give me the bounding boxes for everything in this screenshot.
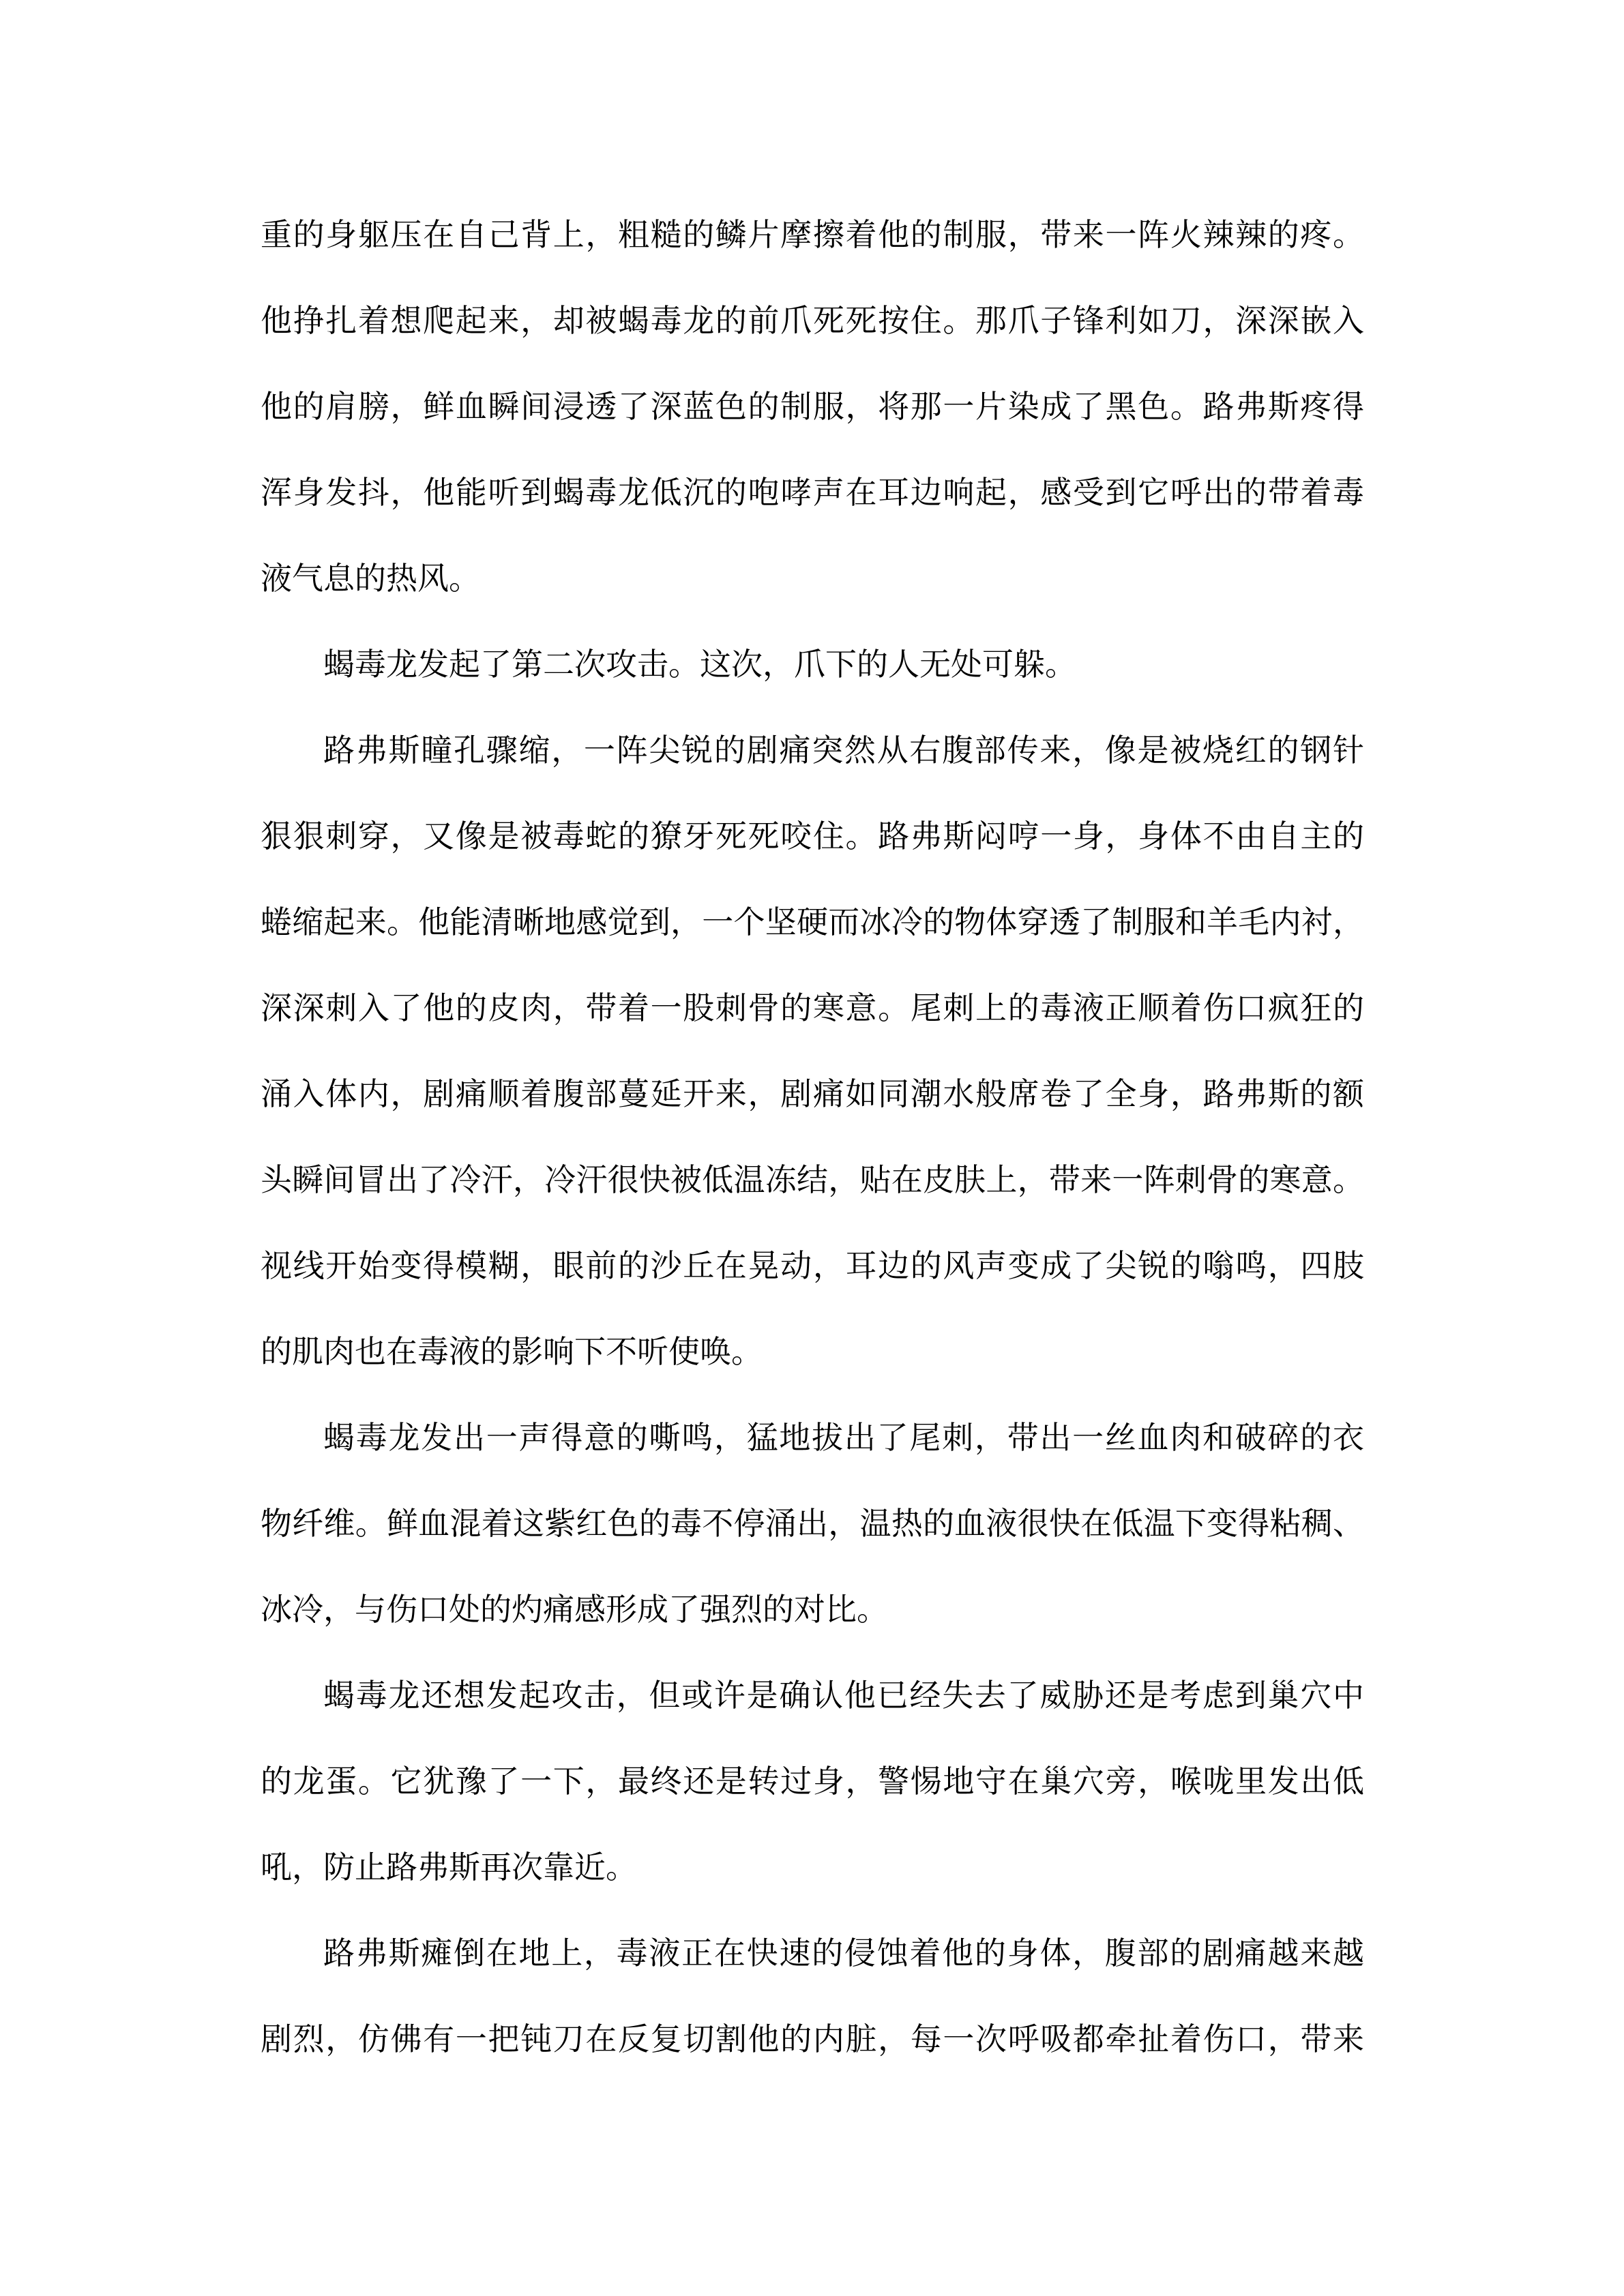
paragraph: 重的身躯压在自己背上，粗糙的鳞片摩擦着他的制服，带来一阵火辣辣的疼。他挣扎着想爬… (261, 192, 1364, 622)
paragraph: 蝎毒龙还想发起攻击，但或许是确认他已经失去了威胁还是考虑到巢穴中的龙蛋。它犹豫了… (261, 1653, 1364, 1911)
text-line: 冰冷，与伤口处的灼痛感形成了强烈的对比。 (261, 1567, 1364, 1653)
text-line: 他的肩膀，鲜血瞬间浸透了深蓝色的制服，将那一片染成了黑色。路弗斯疼得 (261, 364, 1364, 450)
text-line: 浑身发抖，他能听到蝎毒龙低沉的咆哮声在耳边响起，感受到它呼出的带着毒 (261, 450, 1364, 536)
text-line: 蝎毒龙发起了第二次攻击。这次，爪下的人无处可躲。 (261, 622, 1364, 708)
page-text: 重的身躯压在自己背上，粗糙的鳞片摩擦着他的制服，带来一阵火辣辣的疼。他挣扎着想爬… (261, 192, 1364, 2083)
text-line: 蜷缩起来。他能清晰地感觉到，一个坚硬而冰冷的物体穿透了制服和羊毛内衬， (261, 880, 1364, 966)
text-line: 蝎毒龙还想发起攻击，但或许是确认他已经失去了威胁还是考虑到巢穴中 (261, 1653, 1364, 1739)
text-line: 狠狠刺穿，又像是被毒蛇的獠牙死死咬住。路弗斯闷哼一身，身体不由自主的 (261, 794, 1364, 880)
text-line: 的龙蛋。它犹豫了一下，最终还是转过身，警惕地守在巢穴旁，喉咙里发出低 (261, 1739, 1364, 1825)
text-line: 剧烈，仿佛有一把钝刀在反复切割他的内脏，每一次呼吸都牵扯着伤口，带来 (261, 1997, 1364, 2083)
paragraph: 路弗斯瞳孔骤缩，一阵尖锐的剧痛突然从右腹部传来，像是被烧红的钢针狠狠刺穿，又像是… (261, 708, 1364, 1395)
paragraph: 蝎毒龙发出一声得意的嘶鸣，猛地拔出了尾刺，带出一丝血肉和破碎的衣物纤维。鲜血混着… (261, 1395, 1364, 1653)
text-line: 的肌肉也在毒液的影响下不听使唤。 (261, 1309, 1364, 1395)
text-line: 蝎毒龙发出一声得意的嘶鸣，猛地拔出了尾刺，带出一丝血肉和破碎的衣 (261, 1395, 1364, 1481)
paragraph: 路弗斯瘫倒在地上，毒液正在快速的侵蚀着他的身体，腹部的剧痛越来越剧烈，仿佛有一把… (261, 1911, 1364, 2083)
text-line: 深深刺入了他的皮肉，带着一股刺骨的寒意。尾刺上的毒液正顺着伤口疯狂的 (261, 966, 1364, 1052)
text-line: 物纤维。鲜血混着这紫红色的毒不停涌出，温热的血液很快在低温下变得粘稠、 (261, 1481, 1364, 1567)
text-line: 重的身躯压在自己背上，粗糙的鳞片摩擦着他的制服，带来一阵火辣辣的疼。 (261, 192, 1364, 278)
text-line: 涌入体内，剧痛顺着腹部蔓延开来，剧痛如同潮水般席卷了全身，路弗斯的额 (261, 1052, 1364, 1137)
document-page: 重的身躯压在自己背上，粗糙的鳞片摩擦着他的制服，带来一阵火辣辣的疼。他挣扎着想爬… (0, 0, 1624, 2296)
text-line: 吼，防止路弗斯再次靠近。 (261, 1825, 1364, 1911)
text-line: 路弗斯瞳孔骤缩，一阵尖锐的剧痛突然从右腹部传来，像是被烧红的钢针 (261, 708, 1364, 794)
text-line: 视线开始变得模糊，眼前的沙丘在晃动，耳边的风声变成了尖锐的嗡鸣，四肢 (261, 1223, 1364, 1309)
text-line: 头瞬间冒出了冷汗，冷汗很快被低温冻结，贴在皮肤上，带来一阵刺骨的寒意。 (261, 1137, 1364, 1223)
text-line: 他挣扎着想爬起来，却被蝎毒龙的前爪死死按住。那爪子锋利如刀，深深嵌入 (261, 278, 1364, 364)
paragraph: 蝎毒龙发起了第二次攻击。这次，爪下的人无处可躲。 (261, 622, 1364, 708)
text-line: 液气息的热风。 (261, 536, 1364, 622)
text-line: 路弗斯瘫倒在地上，毒液正在快速的侵蚀着他的身体，腹部的剧痛越来越 (261, 1911, 1364, 1997)
